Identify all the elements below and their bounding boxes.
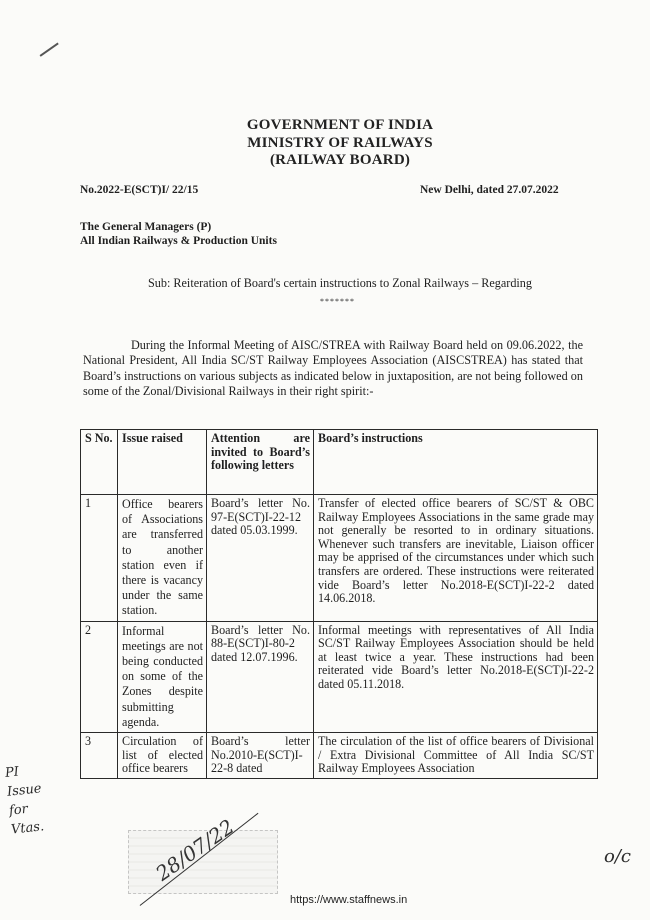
table-row: 3 Circulation of list of elected office … (81, 733, 598, 779)
cell-sno: 3 (81, 733, 118, 779)
cell-issue: Informal meetings are not being conducte… (118, 621, 207, 732)
addressee: The General Managers (P) All Indian Rail… (80, 220, 277, 248)
cell-issue: Circulation of list of elected office be… (118, 733, 207, 779)
margin-note-line: Vtas. (10, 817, 46, 840)
cell-issue: Office bearers of Associations are trans… (118, 495, 207, 622)
cell-sno: 1 (81, 495, 118, 622)
letterhead-ministry: MINISTRY OF RAILWAYS (0, 135, 650, 153)
table-row: 2 Informal meetings are not being conduc… (81, 621, 598, 732)
table-header-row: S No. Issue raised Attention are invited… (81, 430, 598, 495)
subject-line: Sub: Reiteration of Board's certain inst… (148, 276, 532, 291)
separator: ******* (0, 297, 650, 306)
table-row: 1 Office bearers of Associations are tra… (81, 495, 598, 622)
addressee-line-2: All Indian Railways & Production Units (80, 234, 277, 248)
pen-mark (40, 43, 59, 57)
margin-note-line: Issue (6, 779, 42, 802)
margin-handwritten-note: PI Issue for Vtas. (4, 760, 46, 839)
cell-instructions: The circulation of the list of office be… (314, 733, 598, 779)
addressee-line-1: The General Managers (P) (80, 220, 277, 234)
reference-number: No.2022-E(SCT)I/ 22/15 (80, 184, 198, 196)
cell-instructions: Transfer of elected office bearers of SC… (314, 495, 598, 622)
header-instructions: Board’s instructions (314, 430, 598, 495)
header-sno: S No. (81, 430, 118, 495)
watermark-link[interactable]: https://www.staffnews.in (290, 894, 407, 906)
cell-letters: Board’s letter No. 88-E(SCT)I-80-2 dated… (207, 621, 314, 732)
letterhead: GOVERNMENT OF INDIA MINISTRY OF RAILWAYS… (0, 117, 650, 170)
letterhead-government: GOVERNMENT OF INDIA (0, 117, 650, 135)
issue-date: New Delhi, dated 27.07.2022 (420, 184, 559, 196)
body-paragraph: During the Informal Meeting of AISC/STRE… (83, 338, 583, 400)
cell-instructions: Informal meetings with representatives o… (314, 621, 598, 732)
cell-letters: Board’s letter No. 97-E(SCT)I-22-12 date… (207, 495, 314, 622)
letterhead-board: (RAILWAY BOARD) (0, 152, 650, 170)
instructions-table: S No. Issue raised Attention are invited… (80, 429, 598, 779)
corner-handwritten-note: o/c (604, 846, 631, 867)
header-issue: Issue raised (118, 430, 207, 495)
cell-sno: 2 (81, 621, 118, 732)
cell-letters: Board’s letter No.2010-E(SCT)I-22-8 date… (207, 733, 314, 779)
header-letters: Attention are invited to Board’s followi… (207, 430, 314, 495)
